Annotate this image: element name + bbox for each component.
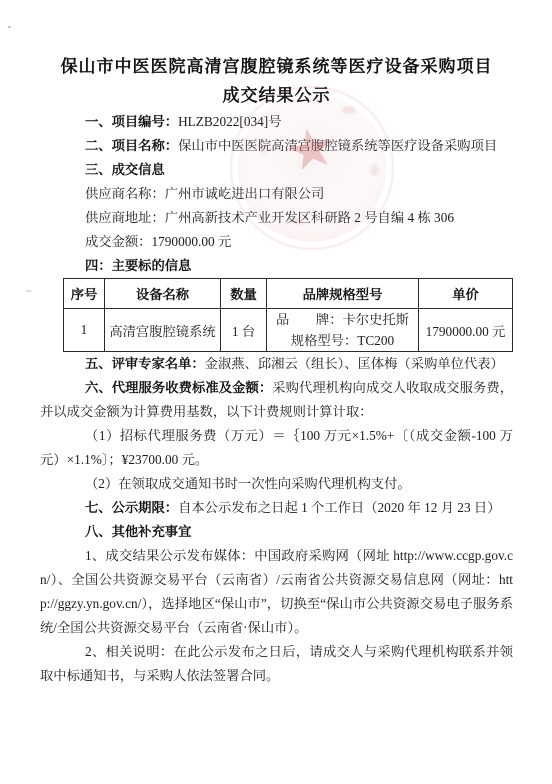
header-brand: 品牌规格型号: [267, 279, 419, 309]
para-text: 金淑燕、邱湘云（组长）、匡体梅（采购单位代表）: [205, 356, 504, 371]
para-label: 二、项目名称：: [85, 138, 178, 153]
table-data-row: 1 高清宫腹腔镜系统 1 台 品 牌：卡尔史托斯 规格型号：TC200 1790…: [64, 309, 513, 352]
para-text: 成交金额：1790000.00 元: [85, 234, 231, 249]
cell-brand: 品 牌：卡尔史托斯 规格型号：TC200: [267, 309, 419, 352]
header-no: 序号: [64, 279, 105, 309]
heading-main-subject-info: 四：主要标的信息: [40, 254, 513, 278]
para-label: 五、评审专家名单：: [85, 356, 205, 371]
para-text: （1）招标代理服务费（万元）＝｛100 万元×1.5%+〔（成交金额-100 万…: [40, 428, 513, 467]
header-price: 单价: [419, 279, 513, 309]
para-deal-amount: 成交金额：1790000.00 元: [40, 230, 513, 254]
para-label: 三、成交信息: [85, 162, 165, 177]
scan-speck: [8, 26, 11, 28]
para-supplier-name: 供应商名称：广州市诚屹进出口有限公司: [40, 182, 513, 206]
para-label: 六、代理服务收费标准及金额：: [85, 380, 272, 395]
cell-price: 1790000.00 元: [419, 309, 513, 352]
para-text: 1、成交结果公示发布媒体：中国政府采购网（网址 http://www.ccgp.…: [40, 548, 513, 635]
para-label: 四：主要标的信息: [85, 258, 191, 273]
title-line-2: 成交结果公示: [40, 81, 513, 110]
brand-line-1: 品 牌：卡尔史托斯: [267, 309, 418, 330]
header-device: 设备名称: [105, 279, 221, 309]
para-label: 一、项目编号：: [85, 114, 178, 129]
title-line-1: 保山市中医医院高清宫腹腔镜系统等医疗设备采购项目: [40, 52, 513, 81]
para-text: 保山市中医医院高清宫腹腔镜系统等医疗设备采购项目: [178, 138, 497, 153]
para-project-number: 一、项目编号：HLZB2022[034]号: [40, 110, 513, 134]
results-table: 序号 设备名称 数量 品牌规格型号 单价 1 高清宫腹腔镜系统 1 台 品 牌：…: [63, 278, 513, 352]
para-fee-formula: （1）招标代理服务费（万元）＝｛100 万元×1.5%+〔（成交金额-100 万…: [40, 424, 513, 472]
header-qty: 数量: [221, 279, 267, 309]
heading-deal-info: 三、成交信息: [40, 158, 513, 182]
para-publicity-period: 七、公示期限：自本公示发布之日起 1 个工作日（2020 年 12 月 23 日…: [40, 496, 513, 520]
cell-no: 1: [64, 309, 105, 352]
para-label: 八、其他补充事宜: [85, 524, 191, 539]
para-text: HLZB2022[034]号: [178, 114, 281, 129]
para-text: 自本公示发布之日起 1 个工作日（2020 年 12 月 23 日）: [178, 500, 500, 515]
document-title: 保山市中医医院高清宫腹腔镜系统等医疗设备采购项目 成交结果公示: [40, 52, 513, 110]
heading-supplementary: 八、其他补充事宜: [40, 520, 513, 544]
para-supplier-address: 供应商地址：广州高新技术产业开发区科研路 2 号自编 4 栋 306: [40, 206, 513, 230]
para-publish-media: 1、成交结果公示发布媒体：中国政府采购网（网址 http://www.ccgp.…: [40, 544, 513, 640]
para-text: （2）在领取成交通知书时一次性向采购代理机构支付。: [85, 476, 411, 491]
para-text: 供应商名称：广州市诚屹进出口有限公司: [85, 186, 324, 201]
para-fee-payment: （2）在领取成交通知书时一次性向采购代理机构支付。: [40, 472, 513, 496]
para-expert-panel: 五、评审专家名单：金淑燕、邱湘云（组长）、匡体梅（采购单位代表）: [40, 352, 513, 376]
para-related-notes: 2、相关说明：在此公示发布之日后，请成交人与采购代理机构联系并领取中标通知书，与…: [40, 640, 513, 688]
scan-speck: [26, 290, 31, 292]
para-text: 2、相关说明：在此公示发布之日后，请成交人与采购代理机构联系并领取中标通知书，与…: [40, 644, 513, 683]
table-header-row: 序号 设备名称 数量 品牌规格型号 单价: [64, 279, 513, 309]
document-page: 保山市中医医院高清宫腹腔镜系统等医疗设备采购项目 成交结果公示 一、项目编号：H…: [0, 0, 552, 784]
para-label: 七、公示期限：: [85, 500, 178, 515]
cell-device: 高清宫腹腔镜系统: [105, 309, 221, 352]
cell-qty: 1 台: [221, 309, 267, 352]
para-text: 供应商地址：广州高新技术产业开发区科研路 2 号自编 4 栋 306: [85, 210, 454, 225]
brand-line-2: 规格型号：TC200: [267, 330, 418, 351]
para-agency-fee: 六、代理服务收费标准及金额：采购代理机构向成交人收取成交服务费，并以成交金额为计…: [40, 376, 513, 424]
para-project-name: 二、项目名称：保山市中医医院高清宫腹腔镜系统等医疗设备采购项目: [40, 134, 513, 158]
